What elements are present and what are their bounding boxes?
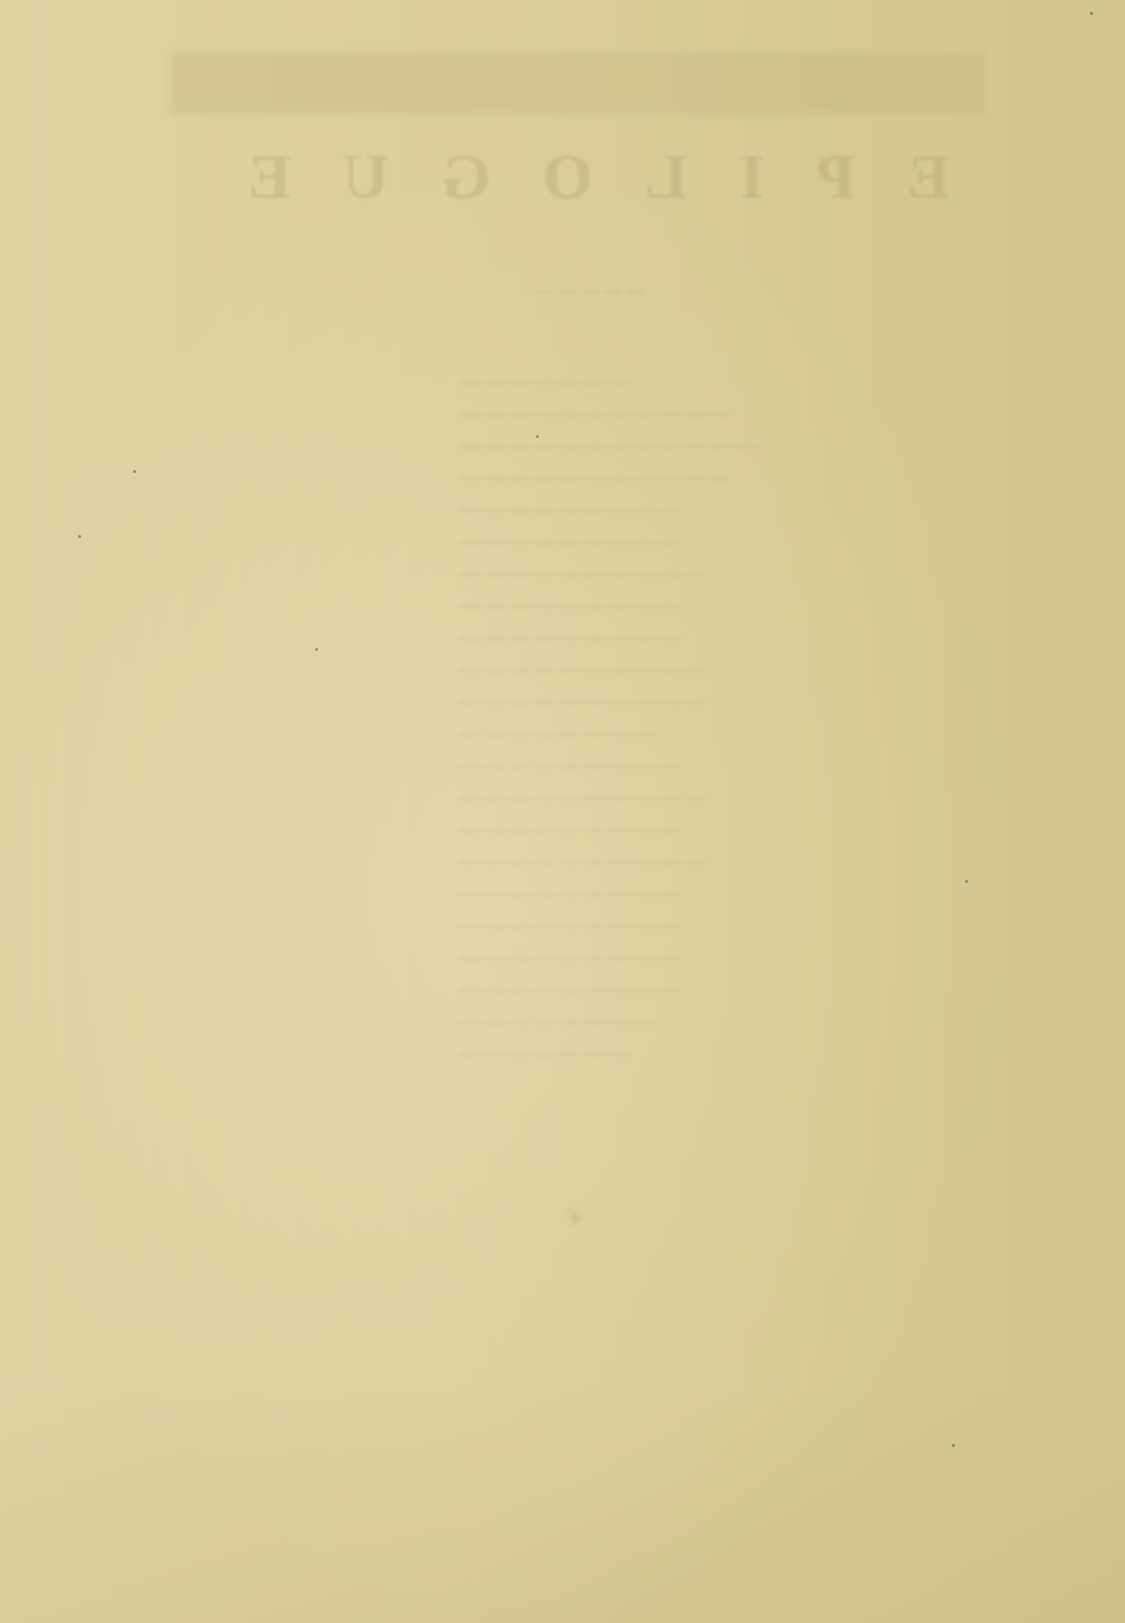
mirrored-body-line: — — — — — — — — bbox=[460, 1005, 1020, 1037]
mirrored-ornament: ❦ bbox=[500, 1205, 650, 1231]
mirrored-body-line: — — — — — — — — — — bbox=[460, 845, 1020, 877]
mirrored-body-line: — — — — — — — — — — — bbox=[460, 397, 1020, 429]
paper-speck bbox=[133, 470, 136, 473]
mirrored-body-line: — — — — — — — — — bbox=[460, 525, 1020, 557]
mirrored-subtitle: — — — — — bbox=[400, 280, 780, 303]
mirrored-heading: EPILOGUE bbox=[210, 140, 950, 214]
mirrored-body-line: — — — — — — — — bbox=[460, 717, 1020, 749]
paper-speck bbox=[315, 648, 318, 651]
mirrored-body-line: — — — — — — — — — bbox=[460, 589, 1020, 621]
mirrored-body-line: — — — — — — — bbox=[460, 1037, 1020, 1069]
mirrored-body-line: — — — — — — — — — — bbox=[460, 685, 1020, 717]
mirrored-body-line: — — — — — — — — — bbox=[460, 813, 1020, 845]
mirrored-body-line: — — — — — — — — — bbox=[460, 973, 1020, 1005]
paper-speck bbox=[78, 535, 81, 538]
mirrored-body-line: — — — — — — — — — — bbox=[460, 781, 1020, 813]
mirrored-body-line: — — — — — — — — — bbox=[460, 877, 1020, 909]
mirrored-body-line: — — — — — — — — — bbox=[460, 909, 1020, 941]
paper-speck bbox=[1090, 12, 1093, 15]
mirrored-body-line: — — — — — — — — — bbox=[460, 621, 1020, 653]
mirrored-body-line: — — — — — — — — — — bbox=[460, 557, 1020, 589]
paper-speck bbox=[965, 880, 968, 883]
mirrored-body-line: — — — — — — — — — — — bbox=[460, 461, 1020, 493]
mirrored-body-text: — — — — — — —— — — — — — — — — — —— — — … bbox=[460, 365, 1020, 1069]
paper-speck bbox=[536, 435, 539, 438]
paper-speck bbox=[952, 1444, 955, 1447]
mirrored-body-line: — — — — — — — — — bbox=[460, 749, 1020, 781]
header-rule-bleed bbox=[170, 52, 985, 114]
mirrored-body-line: — — — — — — — — — — bbox=[460, 653, 1020, 685]
mirrored-body-line: — — — — — — — — — bbox=[460, 941, 1020, 973]
mirrored-body-line: — — — — — — — — — — — — bbox=[460, 429, 1020, 461]
mirrored-body-line: — — — — — — — bbox=[460, 365, 1020, 397]
scanned-page: EPILOGUE — — — — — — — — — — — —— — — — … bbox=[0, 0, 1125, 1623]
mirrored-body-line: — — — — — — — — — bbox=[460, 493, 1020, 525]
